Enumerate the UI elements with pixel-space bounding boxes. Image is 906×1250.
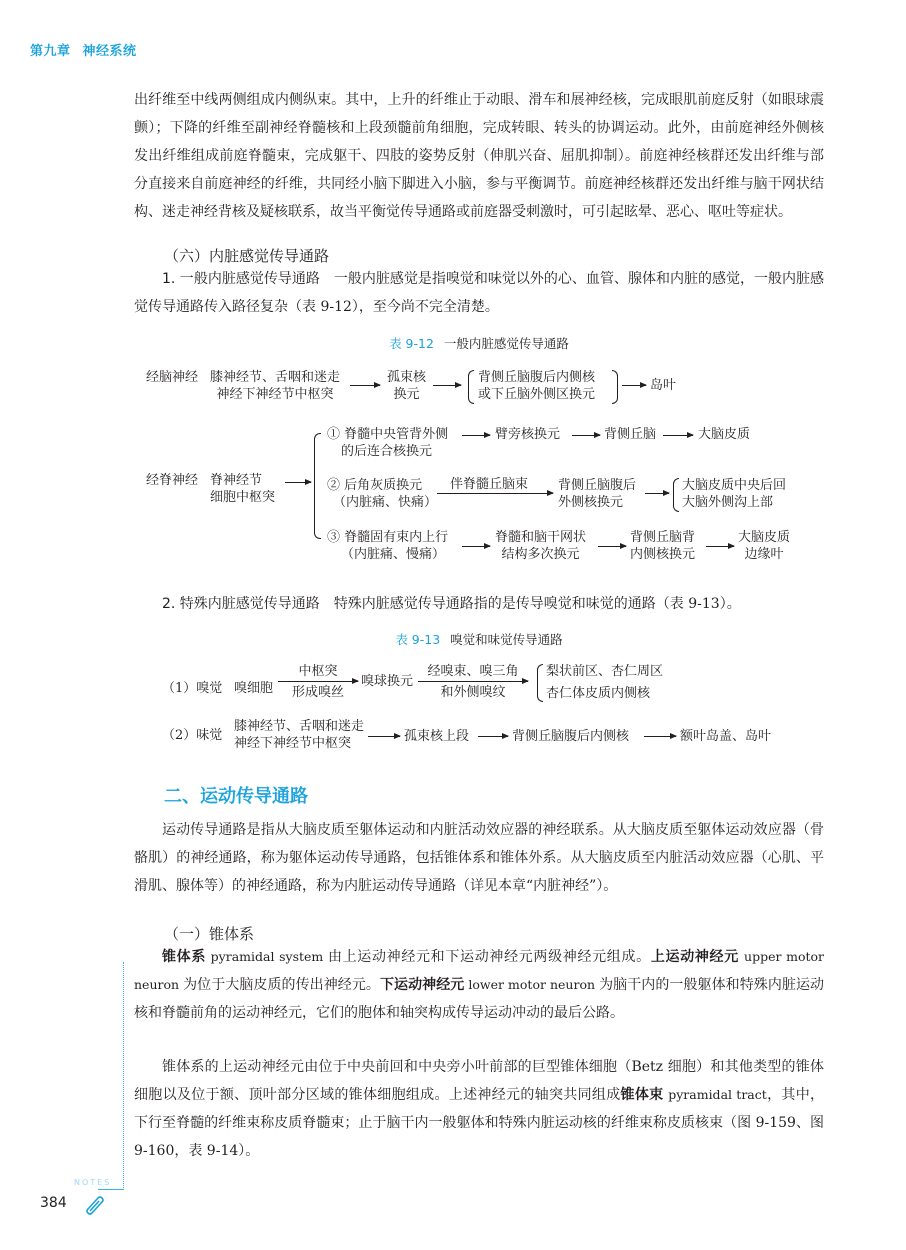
route-1-step-3: 大脑皮质: [698, 426, 750, 443]
arrow-icon: [437, 493, 553, 494]
subheading-general-visceral: 1. 一般内脏感觉传导通路: [162, 271, 320, 287]
smell-arrow-1-top: 中枢突: [278, 663, 358, 680]
arrow-icon: [622, 385, 646, 386]
intro-paragraph: 出纤维至中线两侧组成内侧纵束。其中，上升的纤维止于动眼、滑车和展神经核，完成眼肌…: [134, 86, 824, 226]
taste-step-3: 额叶岛盖、岛叶: [680, 728, 771, 745]
route-3-target: 大脑皮质边缘叶: [738, 529, 790, 563]
paragraph-general-visceral: 1. 一般内脏感觉传导通路一般内脏感觉是指嗅觉和味觉以外的心、血管、腺体和内脏的…: [134, 265, 824, 321]
arrow-icon: [418, 681, 528, 682]
smell-origin: 嗅细胞: [234, 680, 273, 697]
smell-arrow-2-top: 经嗅束、嗅三角: [418, 663, 528, 680]
arrow-icon: [645, 493, 669, 494]
arrow-icon: [462, 546, 490, 547]
spinal-label: 经脊神经: [146, 472, 198, 489]
route-2-relay: 背侧丘脑腹后外侧核换元: [558, 477, 636, 511]
taste-label: （2）味觉: [162, 727, 222, 744]
route-1-start: ① 脊髓中央管背外侧的后连合核换元: [327, 426, 448, 460]
arrow-icon: [368, 736, 400, 737]
arrow-icon: [462, 435, 490, 436]
route-3-start: ③ 脊髓固有束内上行（内脏痛、慢痛）: [327, 529, 448, 563]
table-9-13-caption: 表 9-13嗅觉和味觉传导通路: [134, 630, 824, 648]
left-brace-icon: [537, 664, 543, 702]
chapter-number: 第九章: [30, 44, 71, 59]
arrow-icon: [350, 385, 380, 386]
paragraph-pyramidal-1: 锥体系 pyramidal system 由上运动神经元和下运动神经元两级神经元…: [134, 943, 824, 1027]
cranial-origin: 膝神经节、舌咽和迷走神经下神经节中枢突: [210, 369, 340, 403]
chapter-title: 神经系统: [83, 44, 137, 59]
taste-origin: 膝神经节、舌咽和迷走神经下神经节中枢突: [234, 718, 364, 752]
right-brace-icon: [612, 370, 618, 404]
paragraph-motor-intro: 运动传导通路是指从大脑皮质至躯体运动和内脏活动效应器的神经联系。从大脑皮质至躯体…: [134, 816, 824, 900]
left-brace-icon: [314, 433, 321, 539]
cranial-thalamus: 背侧丘脑腹后内侧核或下丘脑外侧区换元: [478, 369, 595, 403]
notes-underline: [98, 1189, 124, 1190]
route-2-tract-label: 伴脊髓丘脑束: [450, 476, 528, 493]
subheading-special-visceral: 2. 特殊内脏感觉传导通路: [162, 596, 320, 612]
taste-step-1: 孤束核上段: [404, 728, 469, 745]
section-heading-visceral-sensory: （六）内脏感觉传导通路: [164, 245, 329, 266]
arrow-icon: [285, 482, 311, 483]
arrow-icon: [278, 681, 358, 682]
paragraph-special-visceral: 2. 特殊内脏感觉传导通路特殊内脏感觉传导通路指的是传导嗅觉和味觉的通路（表 9…: [134, 590, 824, 618]
page-number: 384: [40, 1195, 67, 1211]
route-1-step-1: 臂旁核换元: [495, 426, 560, 443]
arrow-icon: [663, 435, 693, 436]
left-brace-icon: [468, 370, 474, 404]
smell-relay: 嗅球换元: [361, 673, 413, 690]
section-heading-motor: 二、运动传导通路: [164, 782, 308, 808]
arrow-icon: [706, 546, 734, 547]
route-2-targets: 大脑皮质中央后回大脑外侧沟上部: [682, 477, 786, 511]
route-2-start: ② 后角灰质换元（内脏痛、快痛）: [327, 477, 437, 511]
arrow-icon: [433, 385, 461, 386]
paragraph-pyramidal-2: 锥体系的上运动神经元由位于中央前回和中央旁小叶前部的巨型锥体细胞（Betz 细胞…: [134, 1053, 824, 1165]
route-3-relay-1: 脊髓和脑干网状结构多次换元: [495, 529, 586, 563]
subheading-pyramidal: （一）锥体系: [164, 923, 254, 944]
running-header: 第九章神经系统: [30, 40, 137, 59]
arrow-icon: [644, 736, 676, 737]
smell-arrow-2-bottom: 和外侧嗅纹: [418, 684, 528, 701]
arrow-icon: [478, 736, 508, 737]
pencil-icon: [84, 1194, 106, 1220]
table-9-12-caption: 表 9-12一般内脏感觉传导通路: [134, 334, 824, 352]
smell-targets: 梨状前区、杏仁周区杏仁体皮质内侧核: [546, 661, 663, 705]
cranial-label: 经脑神经: [146, 369, 198, 386]
arrow-icon: [598, 546, 626, 547]
notes-margin-line: [123, 962, 124, 1190]
left-brace-icon: [673, 478, 679, 512]
route-1-step-2: 背侧丘脑: [604, 426, 656, 443]
spinal-origin: 脊神经节细胞中枢突: [210, 472, 275, 506]
route-3-relay-2: 背侧丘脑背内侧核换元: [630, 529, 695, 563]
arrow-icon: [572, 435, 600, 436]
notes-label: NOTES: [74, 1178, 111, 1187]
cranial-relay: 孤束核换元: [387, 369, 426, 403]
taste-step-2: 背侧丘脑腹后内侧核: [512, 728, 629, 745]
smell-label: （1）嗅觉: [162, 680, 222, 697]
smell-arrow-1-bottom: 形成嗅丝: [278, 684, 358, 701]
cranial-target: 岛叶: [650, 377, 676, 394]
